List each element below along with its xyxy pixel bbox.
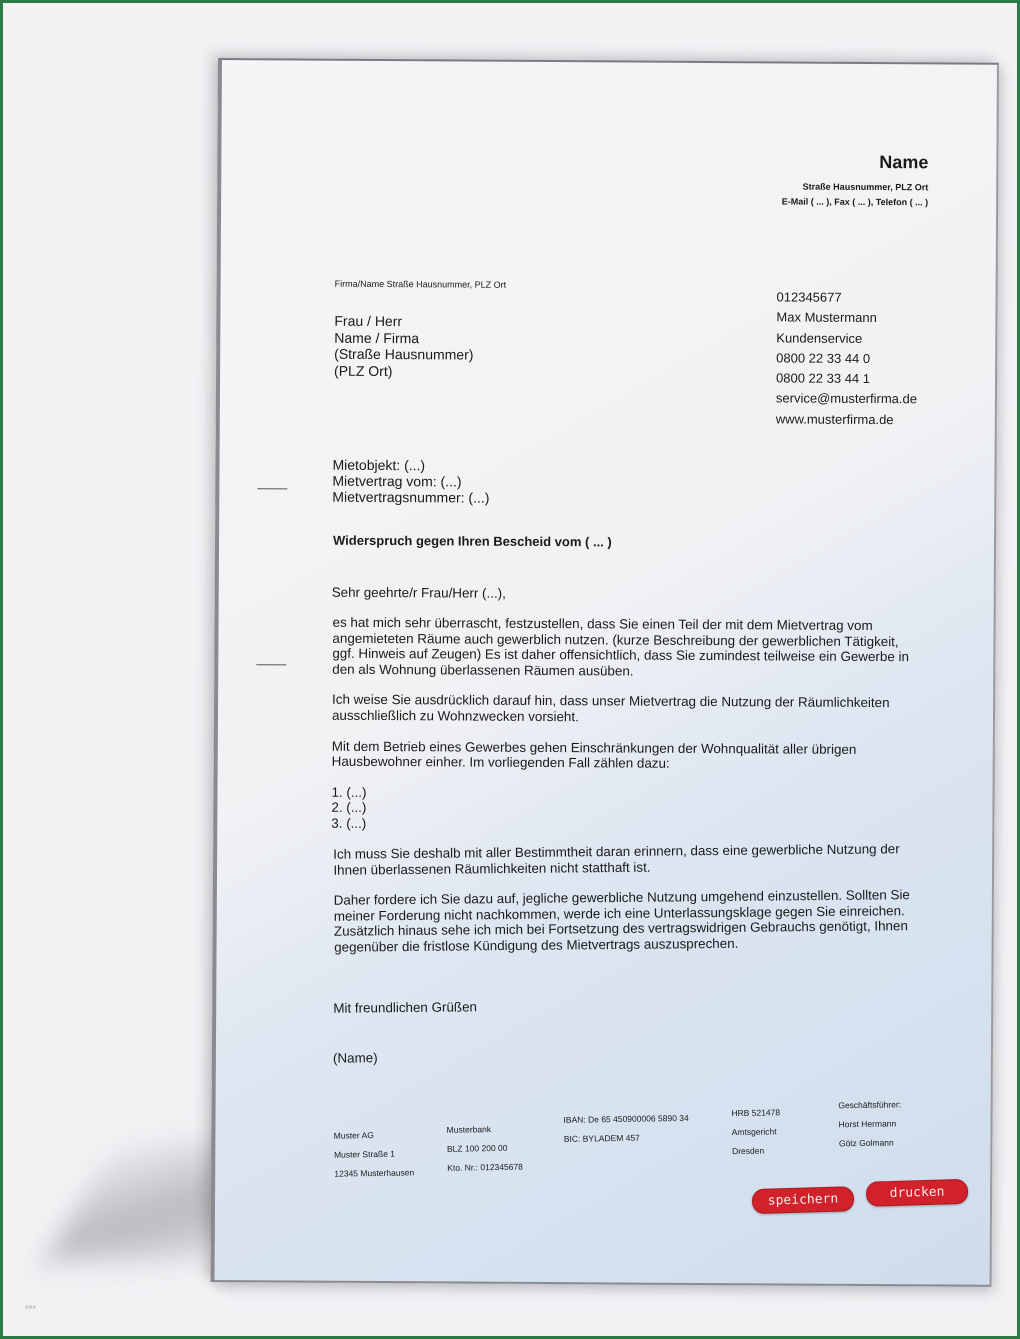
reference-block: Mietobjekt: (...) Mietvertrag vom: (...)… [332,457,489,506]
footer-register: HRB 521478 Amtsgericht Dresden [731,1103,781,1161]
itemized-list: 1. (...) 2. (...) 3. (...) [331,784,911,834]
bic: BIC: BYLADEM 457 [564,1128,690,1149]
customer-number: 012345677 [776,287,917,308]
iban: IBAN: De 65 450900006 5890 34 [563,1109,689,1130]
print-button[interactable]: drucken [866,1179,969,1207]
sender-address: Straße Hausnummer, PLZ Ort [803,182,929,193]
manager-name: Götz Golmann [839,1133,902,1153]
company-city: 12345 Musterhausen [334,1163,414,1183]
list-item: 3. (...) [331,816,911,835]
letter-body: es hat mich sehr überrascht, festzustell… [331,615,912,850]
paragraph: es hat mich sehr überrascht, festzustell… [332,615,912,681]
bank-name: Musterbank [446,1120,522,1140]
manager-name: Horst Hermann [838,1114,901,1134]
company-name: Muster AG [334,1125,414,1145]
footer-management: Geschäftsführer: Horst Hermann Götz Golm… [838,1095,902,1153]
paragraph: Ich muss Sie deshalb mit aller Bestimmth… [333,841,913,878]
rental-object: Mietobjekt: (...) [332,457,489,474]
footer-iban: IBAN: De 65 450900006 5890 34 BIC: BYLAD… [563,1109,689,1149]
recipient-line: (PLZ Ort) [334,362,473,379]
closing: Mit freundlichen Grüßen [333,999,477,1015]
contact-block: 012345677 Max Mustermann Kundenservice 0… [776,287,918,430]
save-button[interactable]: speichern [752,1186,855,1214]
signature: (Name) [333,1050,378,1065]
watermark: ■■■ [25,1305,36,1311]
court: Amtsgericht [732,1122,781,1142]
email-link: service@musterfirma.de [776,389,917,410]
bank-code: BLZ 100 200 00 [447,1139,523,1159]
phone: 0800 22 33 44 0 [776,348,917,369]
letter-subject: Widerspruch gegen Ihren Bescheid vom ( .… [333,533,612,550]
recipient-line: Frau / Herr [334,313,473,330]
department: Kundenservice [776,328,917,349]
paragraph: Ich weise Sie ausdrücklich darauf hin, d… [332,692,912,727]
contract-number: Mietvertragsnummer: (...) [332,489,489,506]
sender-contact: E-Mail ( ... ), Fax ( ... ), Telefon ( .… [782,196,928,207]
fax: 0800 22 33 44 1 [776,369,917,390]
fold-mark [257,488,287,489]
return-address: Firma/Name Straße Hausnummer, PLZ Ort [335,279,507,290]
sender-name: Name [879,152,928,173]
paragraph: Mit dem Betrieb eines Gewerbes gehen Ein… [332,738,912,773]
court-city: Dresden [732,1141,781,1161]
website-link: www.musterfirma.de [776,409,917,430]
salutation: Sehr geehrte/r Frau/Herr (...), [332,585,506,601]
account-number: Kto. Nr.: 012345678 [447,1158,523,1178]
footer-bank: Musterbank BLZ 100 200 00 Kto. Nr.: 0123… [446,1120,523,1178]
punch-mark [256,664,286,665]
register-number: HRB 521478 [731,1103,780,1123]
contact-person: Max Mustermann [776,308,917,329]
recipient-line: (Straße Hausnummer) [334,346,473,363]
letter-body-continued: Ich muss Sie deshalb mit aller Bestimmth… [333,841,914,970]
recipient-address: Frau / Herr Name / Firma (Straße Hausnum… [334,313,474,380]
paragraph: Daher fordere ich Sie dazu auf, jegliche… [334,887,915,955]
letter-page: Name Straße Hausnummer, PLZ Ort E-Mail (… [211,58,999,1287]
management-label: Geschäftsführer: [838,1095,901,1115]
footer-company: Muster AG Muster Straße 1 12345 Musterha… [334,1125,415,1183]
company-street: Muster Straße 1 [334,1144,414,1164]
recipient-line: Name / Firma [334,329,473,346]
contract-date: Mietvertrag vom: (...) [332,473,489,490]
